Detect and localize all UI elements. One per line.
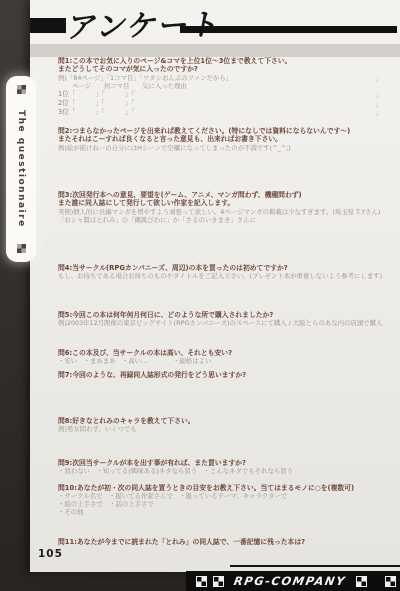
question-1-heading-2: またどうしてそのコマが気に入ったのですか? — [58, 65, 392, 73]
question-6-options: ・安い ・まあまあ ・高い… ・価格はよい — [58, 357, 392, 365]
checker-icon — [17, 244, 26, 253]
question-8-hint: 例)男女問わず、いくつでも — [58, 425, 392, 433]
paper-page: アンケート 問1:この本でお気に入りのページ&コマを上位1位〜3位まで教えて下さ… — [30, 0, 400, 572]
scanned-questionnaire-page: アンケート 問1:この本でお気に入りのページ&コマを上位1位〜3位まで教えて下さ… — [0, 0, 400, 591]
question-2-example: 例)絵が描けねーの自分にはHシーンで空欄になってしまったのが不満です(^_^;) — [58, 144, 392, 152]
answer-row-rank3: 3位「 」「 」「」 — [58, 108, 392, 117]
question-7-heading: 問7:今回のような、再録同人誌形式の発行をどう思いますか? — [58, 371, 392, 379]
answer-row-rank2: 2位「 」「 」「」 — [58, 99, 392, 108]
question-1-columns: ページ 何コマ目 気に入った理由 — [58, 82, 392, 90]
question-3-example-1: 実例)個人的に長編マンガを増やすよう頑張って欲しい。4ページマンガの掲載は少なす… — [58, 208, 392, 216]
question-4-hint: もし、お持ちである場合お持ちのものやタイトルをご記入下さい。(プレゼント本が重複… — [58, 272, 392, 280]
checker-icon — [356, 576, 367, 587]
page-title: アンケート — [63, 0, 225, 46]
checker-icon — [17, 85, 26, 94]
question-9: 問9:次回当サークルが本を出す事が有れば、また買いますか? ・買わない ・知って… — [58, 459, 392, 475]
question-5: 問5:今回この本は何年何月何日に、どのような所で購入されましたか? 例)2003… — [58, 311, 392, 327]
page-number: 105 — [38, 548, 63, 560]
header-rule — [180, 26, 397, 33]
question-1-example-tail: 」 — [376, 75, 382, 83]
question-2: 問2:つまらなかったページを出来れば教えてください。(特になしでは資料にならない… — [58, 127, 392, 152]
checker-icon — [385, 576, 396, 587]
question-10-options-3: ・その他 — [58, 508, 392, 516]
question-10: 問10:あなたが初・次の同人誌を買うときの目安をお教え下さい。当てはまるモノに○… — [58, 484, 392, 516]
question-11-heading: 問11:あなたが今までに読まれた「とれみ」の同人誌で、一番記憶に残った本は? — [58, 538, 392, 546]
question-3: 問3:次回発行本への意見、要望を(ゲーム、アニメ、マンガ問わず、機種問わず) ま… — [58, 191, 392, 224]
question-1-example: 例)「84ページ」「1コマ目」「ワタシおんぶのファンだから」 — [58, 74, 232, 82]
footer-rule — [230, 565, 400, 567]
question-6: 問6:この本及び、当サークルの本は高い、それとも安い? ・安い ・まあまあ ・高… — [58, 349, 392, 365]
checker-icon — [213, 576, 224, 587]
question-3-example-2: 「おシャ賢はとれみ」の「縄跳びわに」か「さるのいきまき」さんに — [58, 216, 392, 224]
question-2-heading-2: またそれはこーすれば良くなると言った意見も、出来ればお書き下さい。 — [58, 135, 392, 143]
question-3-heading-2: また誰に同人誌にして発行して欲しい作家を記入します。 — [58, 199, 392, 207]
question-5-example: 例)2003年12月開催の東京ビッグサイト(RPGカンパニーズ)のスペースにて購… — [58, 319, 392, 327]
question-1: 問1:この本でお気に入りのページ&コマを上位1位〜3位まで教えて下さい。 またど… — [58, 57, 392, 117]
question-8: 問8:好きなとれみのキャラを教えて下さい。 例)男女問わず、いくつでも — [58, 417, 392, 433]
sidebar-tab: The questionnaire — [6, 76, 36, 262]
question-4: 問4:当サークル(RPGカンパニーズ、周辺)の本を買ったのは初めてですか? もし… — [58, 264, 392, 280]
header-left-bar — [30, 18, 66, 33]
answer-row-rank3-tail: 」 — [376, 109, 382, 118]
header-gray-band — [30, 44, 400, 57]
question-7: 問7:今回のような、再録同人誌形式の発行をどう思いますか? — [58, 371, 392, 379]
answer-row-rank1: 1位「 」「 」「」 — [58, 90, 392, 99]
footer-bar: RPG-COMPANY — [186, 571, 400, 591]
footer-brand: RPG-COMPANY — [233, 574, 347, 588]
question-9-options: ・買わない ・知ってる(興味ある)ネタなら買う ・こんなネタでもそれなら買う — [58, 467, 392, 475]
sidebar-tab-label: The questionnaire — [16, 110, 26, 228]
checker-icon — [196, 576, 207, 587]
question-10-options-2: ・絵の上手さで ・話の上手さで — [58, 500, 392, 508]
question-11: 問11:あなたが今までに読まれた「とれみ」の同人誌で、一番記憶に残った本は? — [58, 538, 392, 546]
